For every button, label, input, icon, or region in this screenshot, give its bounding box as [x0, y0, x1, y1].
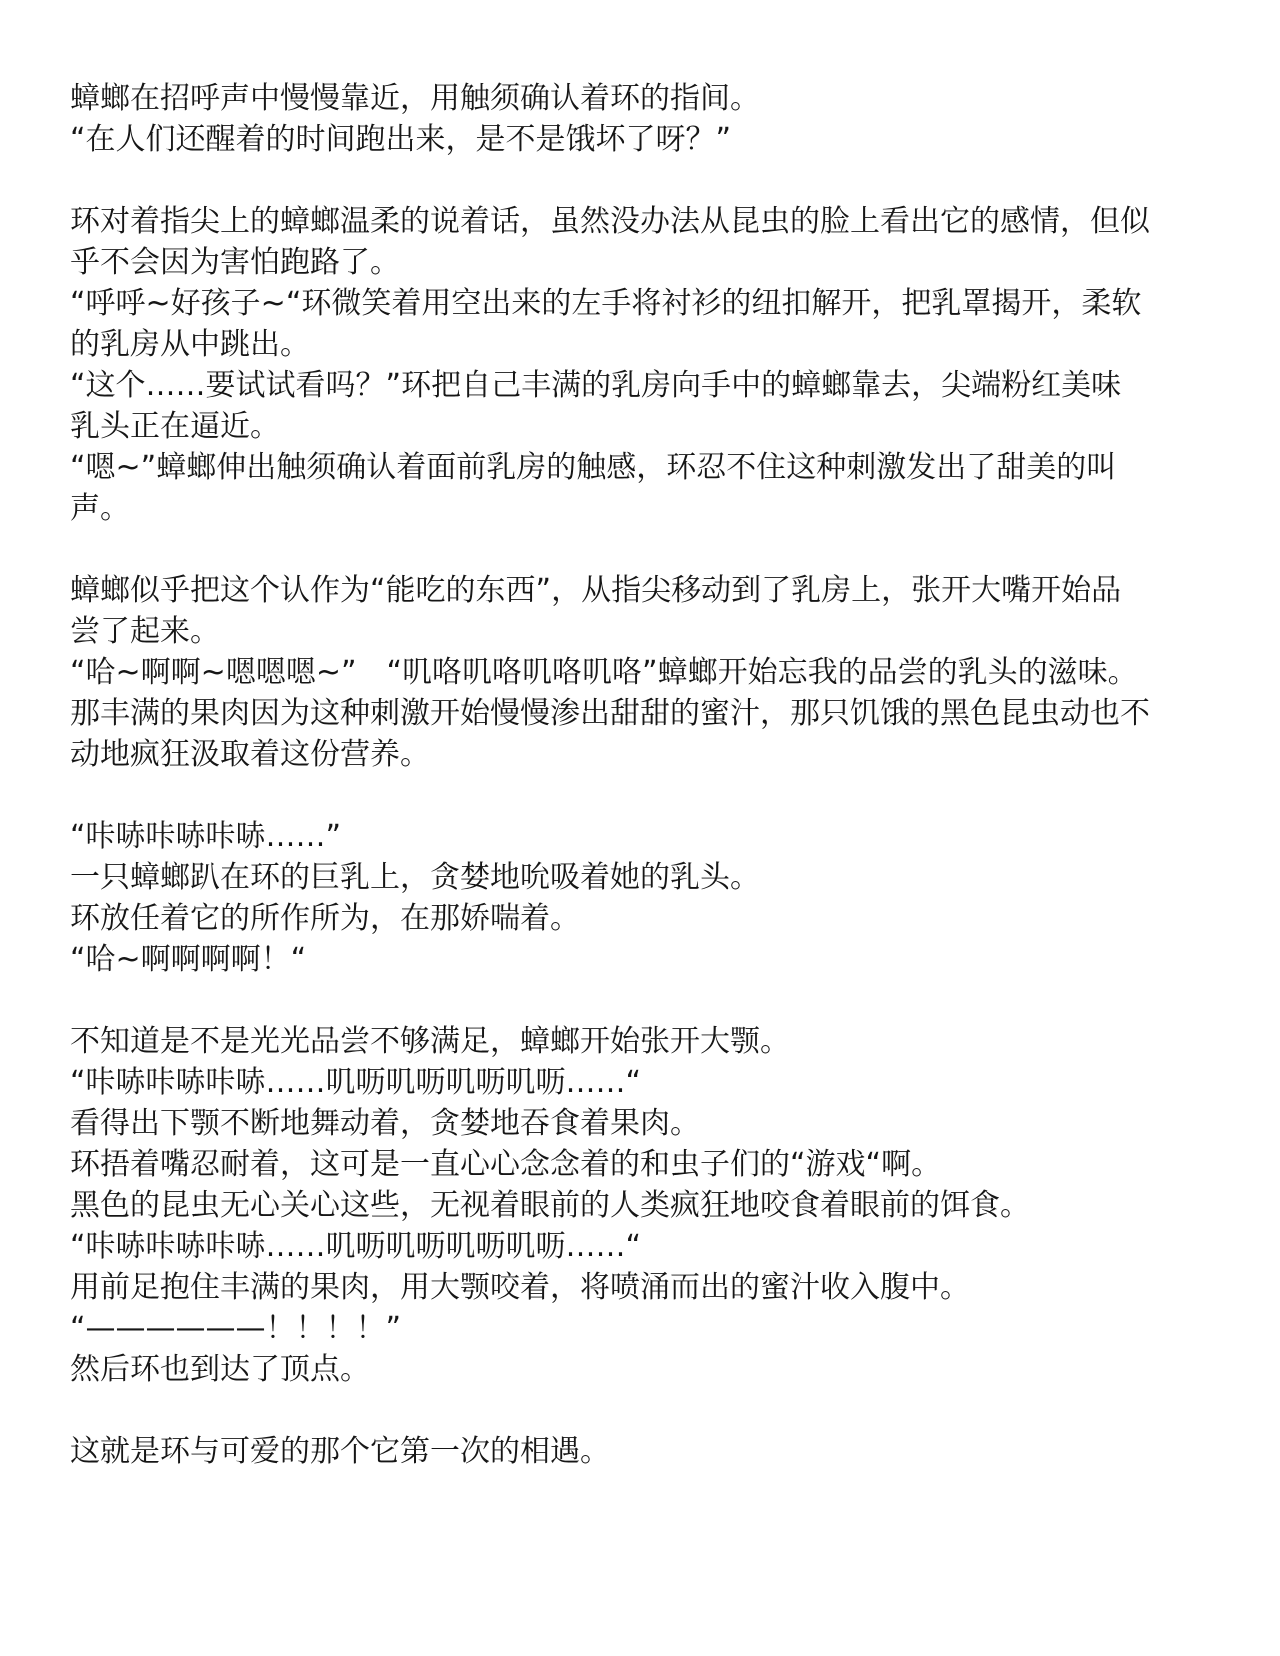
text-line: 的乳房从中跳出。 — [70, 324, 1222, 365]
paragraph-3: 蟑螂似乎把这个认作为“能吃的东西”，从指尖移动到了乳房上，张开大嘴开始品 尝了起… — [70, 570, 1222, 775]
text-line: 环捂着嘴忍耐着，这可是一直心心念念着的和虫子们的“游戏“啊。 — [70, 1144, 1222, 1185]
text-line: “——————！！！！” — [70, 1308, 1222, 1349]
paragraph-1: 蟑螂在招呼声中慢慢靠近，用触须确认着环的指间。 “在人们还醒着的时间跑出来，是不… — [70, 78, 1222, 160]
text-line: 环对着指尖上的蟑螂温柔的说着话，虽然没办法从昆虫的脸上看出它的感情，但似 — [70, 201, 1222, 242]
paragraph-6: 这就是环与可爱的那个它第一次的相遇。 — [70, 1431, 1222, 1472]
text-line: 声。 — [70, 488, 1222, 529]
text-line: 那丰满的果肉因为这种刺激开始慢慢渗出甜甜的蜜汁，那只饥饿的黑色昆虫动也不 — [70, 693, 1222, 734]
text-line: 然后环也到达了顶点。 — [70, 1349, 1222, 1390]
text-line: 乎不会因为害怕跑路了。 — [70, 242, 1222, 283]
text-line: 动地疯狂汲取着这份营养。 — [70, 734, 1222, 775]
text-line: 这就是环与可爱的那个它第一次的相遇。 — [70, 1431, 1222, 1472]
text-line: “这个……要试试看吗？”环把自己丰满的乳房向手中的蟑螂靠去，尖端粉红美味 — [70, 365, 1222, 406]
text-line: “咔哧咔哧咔哧……叽呖叽呖叽呖叽呖……“ — [70, 1226, 1222, 1267]
text-line: 尝了起来。 — [70, 611, 1222, 652]
paragraph-4: “咔哧咔哧咔哧……” 一只蟑螂趴在环的巨乳上，贪婪地吮吸着她的乳头。 环放任着它… — [70, 816, 1222, 980]
document-page: 蟑螂在招呼声中慢慢靠近，用触须确认着环的指间。 “在人们还醒着的时间跑出来，是不… — [0, 0, 1280, 1656]
text-line: 用前足抱住丰满的果肉，用大颚咬着，将喷涌而出的蜜汁收入腹中。 — [70, 1267, 1222, 1308]
text-line: 蟑螂似乎把这个认作为“能吃的东西”，从指尖移动到了乳房上，张开大嘴开始品 — [70, 570, 1222, 611]
text-line: 一只蟑螂趴在环的巨乳上，贪婪地吮吸着她的乳头。 — [70, 857, 1222, 898]
paragraph-5: 不知道是不是光光品尝不够满足，蟑螂开始张开大颚。 “咔哧咔哧咔哧……叽呖叽呖叽呖… — [70, 1021, 1222, 1390]
text-line: “哈~啊啊啊啊！“ — [70, 939, 1222, 980]
text-line: 黑色的昆虫无心关心这些，无视着眼前的人类疯狂地咬食着眼前的饵食。 — [70, 1185, 1222, 1226]
text-line: “哈~啊啊~嗯嗯嗯~” “叽咯叽咯叽咯叽咯”蟑螂开始忘我的品尝的乳头的滋味。 — [70, 652, 1222, 693]
text-line: “咔哧咔哧咔哧……” — [70, 816, 1222, 857]
text-line: “呼呼~好孩子~“环微笑着用空出来的左手将衬衫的纽扣解开，把乳罩揭开，柔软 — [70, 283, 1222, 324]
paragraph-2: 环对着指尖上的蟑螂温柔的说着话，虽然没办法从昆虫的脸上看出它的感情，但似 乎不会… — [70, 201, 1222, 529]
text-line: 看得出下颚不断地舞动着，贪婪地吞食着果肉。 — [70, 1103, 1222, 1144]
text-line: “咔哧咔哧咔哧……叽呖叽呖叽呖叽呖……“ — [70, 1062, 1222, 1103]
text-line: 乳头正在逼近。 — [70, 406, 1222, 447]
text-line: 环放任着它的所作所为，在那娇喘着。 — [70, 898, 1222, 939]
text-line: “在人们还醒着的时间跑出来，是不是饿坏了呀？” — [70, 119, 1222, 160]
text-line: “嗯~”蟑螂伸出触须确认着面前乳房的触感，环忍不住这种刺激发出了甜美的叫 — [70, 447, 1222, 488]
text-line: 不知道是不是光光品尝不够满足，蟑螂开始张开大颚。 — [70, 1021, 1222, 1062]
text-line: 蟑螂在招呼声中慢慢靠近，用触须确认着环的指间。 — [70, 78, 1222, 119]
